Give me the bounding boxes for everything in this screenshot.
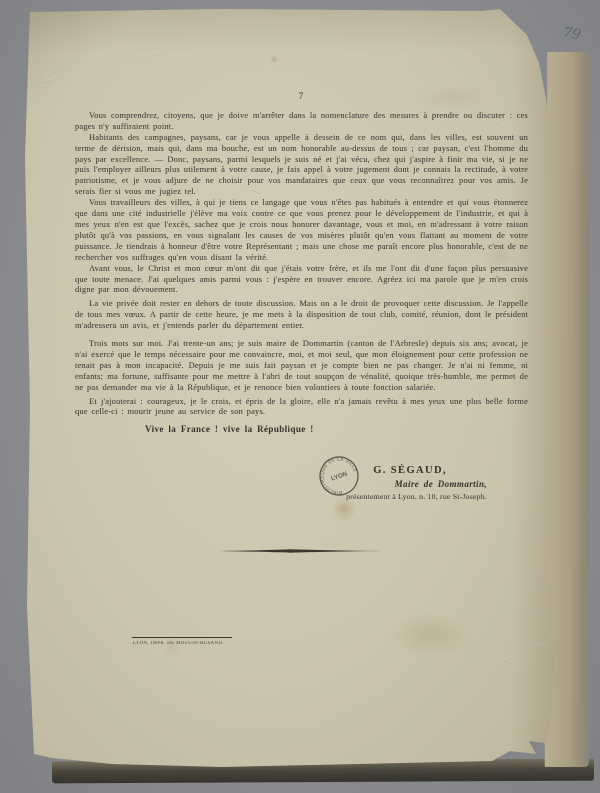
paragraph: Vous travailleurs des villes, à qui je t… — [75, 197, 528, 262]
vive-la-france-line: Vive la France ! vive la République ! — [145, 424, 528, 435]
signature-address: présentement à Lyon, n. 10, rue St-Josep… — [22, 492, 487, 501]
paragraph: Et j'ajouterai : courageux, je le crois,… — [75, 396, 528, 418]
paragraph: Trois mots sur moi. J'ai trente-un ans; … — [75, 338, 528, 393]
paragraph: Avant vous, le Christ et mon cœur m'ont … — [75, 263, 528, 296]
signature-name: G. SÉGAUD, — [22, 465, 447, 476]
signature-block: G. SÉGAUD, Maire de Dommartin, présentem… — [22, 465, 487, 501]
paragraph: Vous comprendrez, citoyens, que je doive… — [75, 110, 528, 132]
paragraph: Habitants des campagnes, paysans, car je… — [75, 132, 528, 197]
printer-rule — [132, 637, 232, 638]
paper-crease — [34, 51, 161, 84]
body-text: 7 Vous comprendrez, citoyens, que je doi… — [75, 91, 528, 435]
divider-rule — [202, 542, 388, 550]
signature-title: Maire de Dommartin, — [22, 479, 487, 489]
scanned-document-page: 79 7 Vous comprendrez, citoyens, que je … — [0, 0, 600, 793]
printer-imprint: LYON, IMPR. DE MOUGIN-RUSAND. — [133, 641, 289, 646]
folio-number: 79 — [562, 25, 582, 44]
page-number: 7 — [75, 91, 528, 102]
paragraph: La vie privée doit rester en dehors de t… — [75, 298, 528, 331]
paper-sheet: 7 Vous comprendrez, citoyens, que je doi… — [22, 7, 564, 769]
